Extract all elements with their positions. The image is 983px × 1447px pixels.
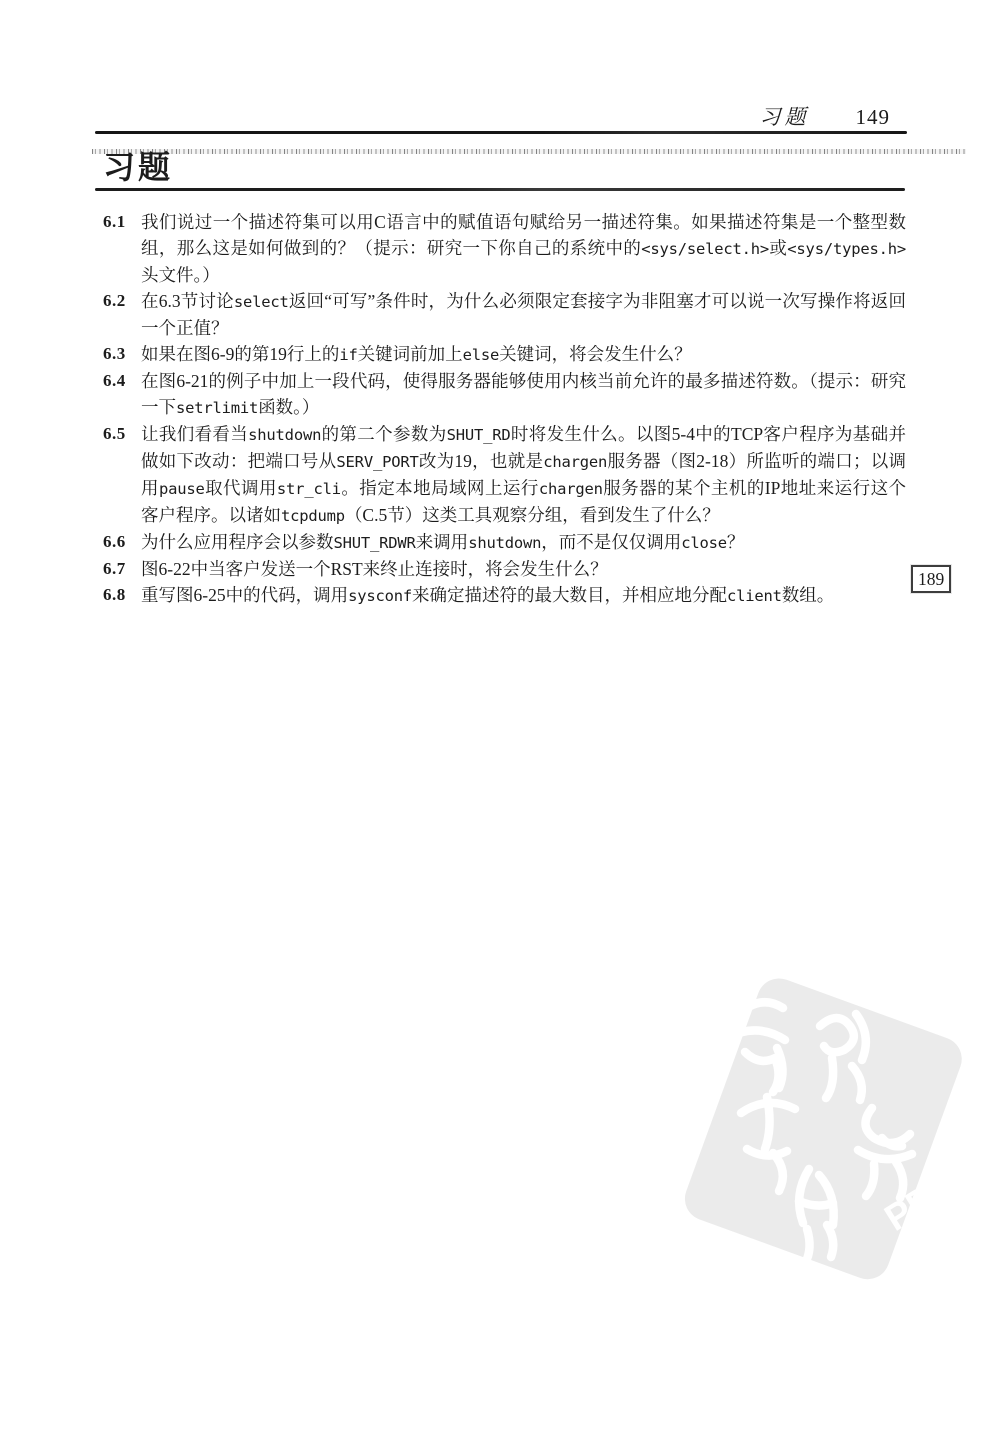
code-term: sysconf — [348, 587, 412, 605]
text-run: 数组。 — [782, 585, 835, 605]
text-run: （C.5节）这类工具观察分组，看到发生了什么？ — [345, 505, 720, 525]
exercise-item: 6.3如果在图6-9的第19行上的if关键词前加上else关键词，将会发生什么？ — [103, 341, 906, 368]
text-run: 重写图6-25中的代码，调用 — [141, 585, 348, 605]
text-run: 或 — [769, 238, 787, 258]
text-run: 函数。） — [258, 397, 319, 417]
text-run: 改为19，也就是 — [419, 451, 544, 471]
code-term: SHUT_RD — [447, 426, 511, 444]
exercise-number: 6.2 — [103, 288, 141, 314]
text-run: 。指定本地局域网上运行 — [341, 478, 539, 498]
text-run: 来调用 — [416, 532, 469, 552]
text-run: 取代调用 — [205, 478, 277, 498]
exercise-text: 重写图6-25中的代码，调用sysconf来确定描述符的最大数目，并相应地分配c… — [141, 582, 906, 609]
exercise-text: 在6.3节讨论select返回“可写”条件时，为什么必须限定套接字为非阻塞才可以… — [141, 288, 906, 341]
exercise-text: 为什么应用程序会以参数SHUT_RDWR来调用shutdown，而不是仅仅调用c… — [141, 529, 906, 556]
exercise-item: 6.5让我们看看当shutdown的第二个参数为SHUT_RD时将发生什么。以图… — [103, 421, 906, 529]
code-term: <sys/types.h> — [787, 240, 906, 258]
code-term: <sys/select.h> — [641, 240, 769, 258]
page-number: 149 — [856, 105, 891, 130]
exercise-item: 6.6为什么应用程序会以参数SHUT_RDWR来调用shutdown，而不是仅仅… — [103, 529, 906, 556]
exercise-number: 6.6 — [103, 529, 141, 555]
exercise-number: 6.8 — [103, 582, 141, 608]
code-term: close — [681, 534, 727, 552]
text-run: 关键词前加上 — [358, 344, 463, 364]
exercise-number: 6.5 — [103, 421, 141, 447]
header-rule — [95, 131, 907, 134]
exercise-item: 6.8重写图6-25中的代码，调用sysconf来确定描述符的最大数目，并相应地… — [103, 582, 906, 609]
section-title-rule — [95, 188, 905, 191]
text-run: 的第二个参数为 — [321, 424, 446, 444]
exercise-item: 6.1我们说过一个描述符集可以用C语言中的赋值语句赋给另一描述符集。如果描述符集… — [103, 209, 906, 288]
text-run: ？ — [727, 532, 745, 552]
exercise-item: 6.7图6-22中当客户发送一个RST来终止连接时，将会发生什么？ — [103, 556, 906, 582]
text-run: ，而不是仅仅调用 — [541, 532, 681, 552]
exercise-number: 6.1 — [103, 209, 141, 235]
text-run: 让我们看看当 — [141, 424, 248, 444]
seal-calligraphy-icon: PDG — [637, 946, 983, 1312]
code-term: pause — [159, 480, 205, 498]
code-term: SERV_PORT — [336, 453, 418, 471]
code-term: chargen — [543, 453, 607, 471]
exercise-item: 6.4在图6-21的例子中加上一段代码，使得服务器能够使用内核当前允许的最多描述… — [103, 368, 906, 421]
code-term: if — [339, 346, 357, 364]
exercise-text: 在图6-21的例子中加上一段代码，使得服务器能够使用内核当前允许的最多描述符数。… — [141, 368, 906, 421]
pdg-watermark: PDG — [637, 946, 983, 1312]
exercise-number: 6.4 — [103, 368, 141, 394]
running-header: 习题 149 — [760, 101, 891, 131]
book-page: 习题 149 习题 6.1我们说过一个描述符集可以用C语言中的赋值语句赋给另一描… — [0, 0, 983, 1447]
text-run: 在6.3节讨论 — [141, 291, 234, 311]
code-term: chargen — [539, 480, 603, 498]
exercise-list: 6.1我们说过一个描述符集可以用C语言中的赋值语句赋给另一描述符集。如果描述符集… — [103, 209, 906, 609]
code-term: shutdown — [468, 534, 541, 552]
exercise-number: 6.3 — [103, 341, 141, 367]
code-term: str_cli — [277, 480, 341, 498]
code-term: SHUT_RDWR — [334, 534, 416, 552]
scan-texture-divider — [92, 149, 966, 154]
text-run: 来确定描述符的最大数目，并相应地分配 — [412, 585, 727, 605]
exercise-text: 让我们看看当shutdown的第二个参数为SHUT_RD时将发生什么。以图5-4… — [141, 421, 906, 529]
exercise-text: 图6-22中当客户发送一个RST来终止连接时，将会发生什么？ — [141, 556, 906, 582]
code-term: shutdown — [248, 426, 321, 444]
code-term: select — [234, 293, 289, 311]
margin-page-number: 189 — [911, 565, 951, 593]
text-run: 头文件。） — [141, 265, 220, 285]
text-run: 关键词，将会发生什么？ — [499, 344, 692, 364]
exercise-text: 如果在图6-9的第19行上的if关键词前加上else关键词，将会发生什么？ — [141, 341, 906, 368]
section-title: 习题 — [103, 151, 173, 183]
exercise-number: 6.7 — [103, 556, 141, 582]
text-run: 如果在图6-9的第19行上的 — [141, 344, 339, 364]
exercise-item: 6.2在6.3节讨论select返回“可写”条件时，为什么必须限定套接字为非阻塞… — [103, 288, 906, 341]
code-term: tcpdump — [281, 507, 345, 525]
code-term: client — [727, 587, 782, 605]
code-term: else — [463, 346, 500, 364]
text-run: 为什么应用程序会以参数 — [141, 532, 334, 552]
text-run: 图6-22中当客户发送一个RST来终止连接时，将会发生什么？ — [141, 559, 608, 579]
code-term: setrlimit — [176, 399, 258, 417]
watermark-label: PDG — [878, 1162, 968, 1239]
exercise-text: 我们说过一个描述符集可以用C语言中的赋值语句赋给另一描述符集。如果描述符集是一个… — [141, 209, 906, 288]
running-title: 习题 — [760, 101, 810, 131]
